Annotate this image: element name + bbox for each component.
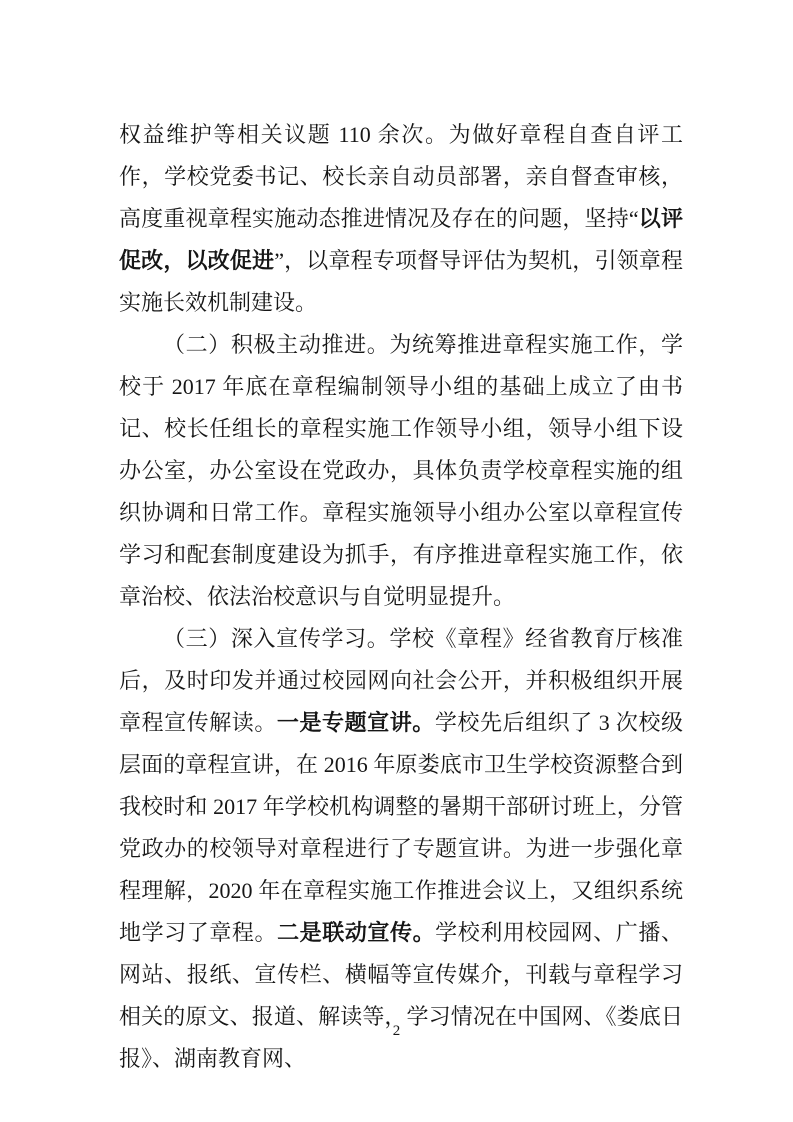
bold-emphasis-text: 二是联动宣传。 (277, 920, 435, 945)
bold-emphasis-text: 一是专题宣讲。 (277, 710, 435, 735)
body-text-segment: （二）积极主动推进。为统筹推进章程实施工作，学校于 2017 年底在章程编制领导… (119, 332, 683, 609)
paragraph-section-3: （三）深入宣传学习。学校《章程》经省教育厅核准后，及时印发并通过校园网向社会公开… (119, 618, 683, 1080)
paragraph-section-2: （二）积极主动推进。为统筹推进章程实施工作，学校于 2017 年底在章程编制领导… (119, 324, 683, 618)
document-text-block: 权益维护等相关议题 110 余次。为做好章程自查自评工作，学校党委书记、校长亲自… (119, 114, 683, 1080)
page-number: 2 (0, 1021, 793, 1041)
body-text-segment: 学校先后组织了 3 次校级层面的章程宣讲，在 2016 年原娄底市卫生学校资源整… (119, 710, 683, 945)
document-page: 权益维护等相关议题 110 余次。为做好章程自查自评工作，学校党委书记、校长亲自… (0, 0, 793, 1122)
paragraph-continuation: 权益维护等相关议题 110 余次。为做好章程自查自评工作，学校党委书记、校长亲自… (119, 114, 683, 324)
body-text-segment: 权益维护等相关议题 110 余次。为做好章程自查自评工作，学校党委书记、校长亲自… (119, 122, 683, 231)
